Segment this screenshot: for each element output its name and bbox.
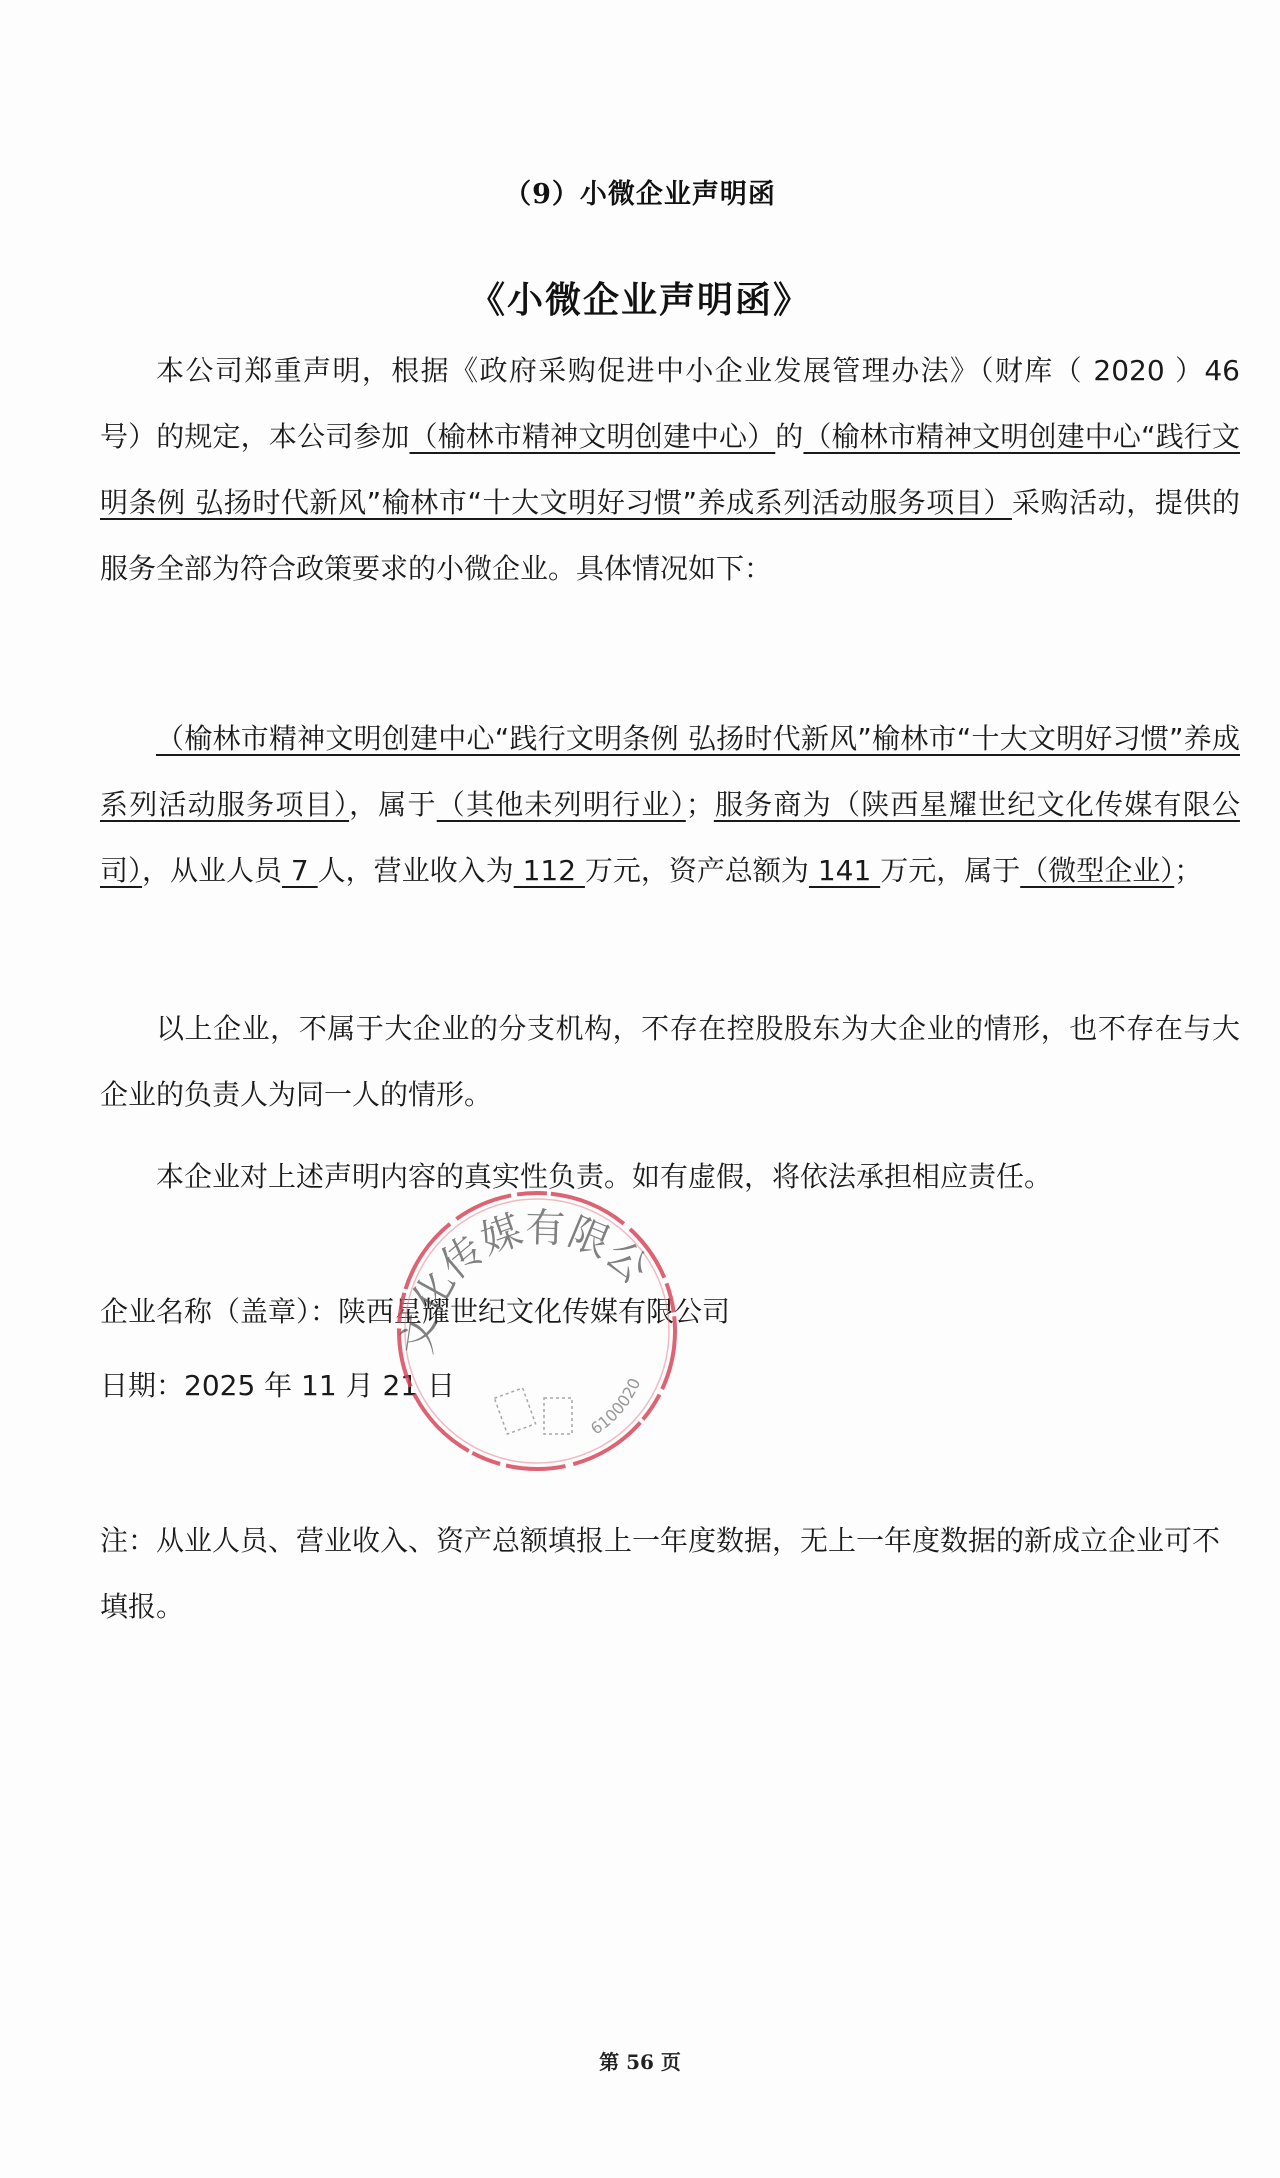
statement-responsibility: 本企业对上述声明内容的真实性负责。如有虚假，将依法承担相应责任。 bbox=[100, 1144, 1240, 1210]
assets-value: 141 bbox=[809, 854, 880, 887]
details-paragraph: （榆林市精神文明创建中心“践行文明条例 弘扬时代新风”榆林市“十大文明好习惯”养… bbox=[100, 706, 1240, 904]
statement-independence: 以上企业，不属于大企业的分支机构，不存在控股股东为大企业的情形，也不存在与大企业… bbox=[100, 996, 1240, 1128]
details-text-staff-unit: 人，营业收入为 bbox=[318, 854, 514, 887]
svg-text:文化传媒有限公: 文化传媒有限公 bbox=[395, 1205, 657, 1357]
purchaser-name: （榆林市精神文明创建中心） bbox=[410, 420, 776, 453]
enterprise-type: （微型企业） bbox=[1020, 854, 1174, 887]
page-number: 第 56 页 bbox=[0, 2046, 1280, 2075]
details-text-assets-unit: 万元，属于 bbox=[880, 854, 1020, 887]
details-text-sep: ； bbox=[686, 788, 714, 821]
signature-date: 日期：2025 年 11 月 21 日 bbox=[100, 1364, 455, 1404]
revenue-value: 112 bbox=[514, 854, 585, 887]
intro-text-2: 的 bbox=[775, 420, 803, 453]
document-title: 《小微企业声明函》 bbox=[0, 272, 1280, 323]
details-text-staff: ，从业人员 bbox=[142, 854, 282, 887]
stamp-arc-text: 文化传媒有限公 bbox=[395, 1205, 657, 1357]
document-page: （9）小微企业声明函 《小微企业声明函》 本公司郑重声明，根据《政府采购促进中小… bbox=[0, 0, 1280, 2178]
stamp-code: 6100020 bbox=[587, 1375, 644, 1438]
company-signature: 企业名称（盖章）：陕西星耀世纪文化传媒有限公司 bbox=[100, 1290, 730, 1330]
company-seal-stamp-icon: 文化传媒有限公 6100020 bbox=[392, 1186, 682, 1476]
staff-count: 7 bbox=[282, 854, 318, 887]
footnote: 注：从业人员、营业收入、资产总额填报上一年度数据，无上一年度数据的新成立企业可不… bbox=[100, 1508, 1240, 1640]
details-text-end: ； bbox=[1174, 854, 1202, 887]
details-text-belongs: ，属于 bbox=[349, 788, 437, 821]
svg-text:6100020: 6100020 bbox=[587, 1375, 644, 1438]
details-text-revenue-unit: 万元，资产总额为 bbox=[585, 854, 809, 887]
industry-value: （其他未列明行业） bbox=[437, 788, 686, 821]
intro-paragraph: 本公司郑重声明，根据《政府采购促进中小企业发展管理办法》（财库（ 2020 ）4… bbox=[100, 338, 1240, 602]
section-title: （9）小微企业声明函 bbox=[0, 172, 1280, 211]
